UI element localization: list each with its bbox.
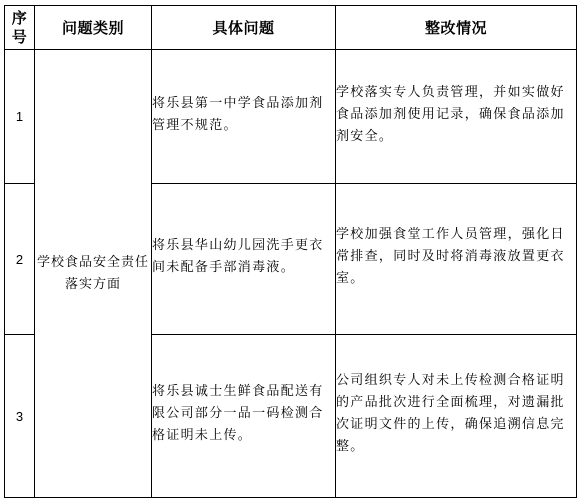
table-row: 1 学校食品安全责任落实方面 将乐县第一中学食品添加剂管理不规范。 学校落实专人…	[5, 50, 577, 184]
category-text: 学校食品安全责任落实方面	[35, 252, 151, 296]
row-number: 1	[5, 50, 35, 184]
rectification-text: 学校加强食堂工作人员管理，强化日常排查，同时及时将消毒液放置更衣室。	[336, 224, 576, 290]
rectification-cell: 公司组织专人对未上传检测合格证明的产品批次进行全面梳理，对遗漏批次证明文件的上传…	[336, 335, 577, 498]
rectification-text: 公司组织专人对未上传检测合格证明的产品批次进行全面梳理，对遗漏批次证明文件的上传…	[336, 370, 576, 458]
issue-cell: 将乐县华山幼儿园洗手更衣间未配备手部消毒液。	[152, 184, 336, 335]
issue-text: 将乐县第一中学食品添加剂管理不规范。	[152, 93, 335, 137]
header-no: 序号	[5, 6, 35, 50]
rectification-cell: 学校落实专人负责管理，并如实做好食品添加剂使用记录，确保食品添加剂安全。	[336, 50, 577, 184]
rectification-table: 序号 问题类别 具体问题 整改情况 1 学校食品安全责任落实方面 将乐县第一中学…	[4, 5, 577, 498]
row-number: 2	[5, 184, 35, 335]
issue-cell: 将乐县诚士生鲜食品配送有限公司部分一品一码检测合格证明未上传。	[152, 335, 336, 498]
category-cell: 学校食品安全责任落实方面	[35, 50, 152, 498]
row-number: 3	[5, 335, 35, 498]
issue-text: 将乐县诚士生鲜食品配送有限公司部分一品一码检测合格证明未上传。	[152, 381, 335, 447]
rectification-text: 学校落实专人负责管理，并如实做好食品添加剂使用记录，确保食品添加剂安全。	[336, 82, 576, 148]
rectification-cell: 学校加强食堂工作人员管理，强化日常排查，同时及时将消毒液放置更衣室。	[336, 184, 577, 335]
issue-cell: 将乐县第一中学食品添加剂管理不规范。	[152, 50, 336, 184]
issue-text: 将乐县华山幼儿园洗手更衣间未配备手部消毒液。	[152, 235, 335, 279]
header-rectification: 整改情况	[336, 6, 577, 50]
table-header-row: 序号 问题类别 具体问题 整改情况	[5, 6, 577, 50]
header-category: 问题类别	[35, 6, 152, 50]
header-issue: 具体问题	[152, 6, 336, 50]
